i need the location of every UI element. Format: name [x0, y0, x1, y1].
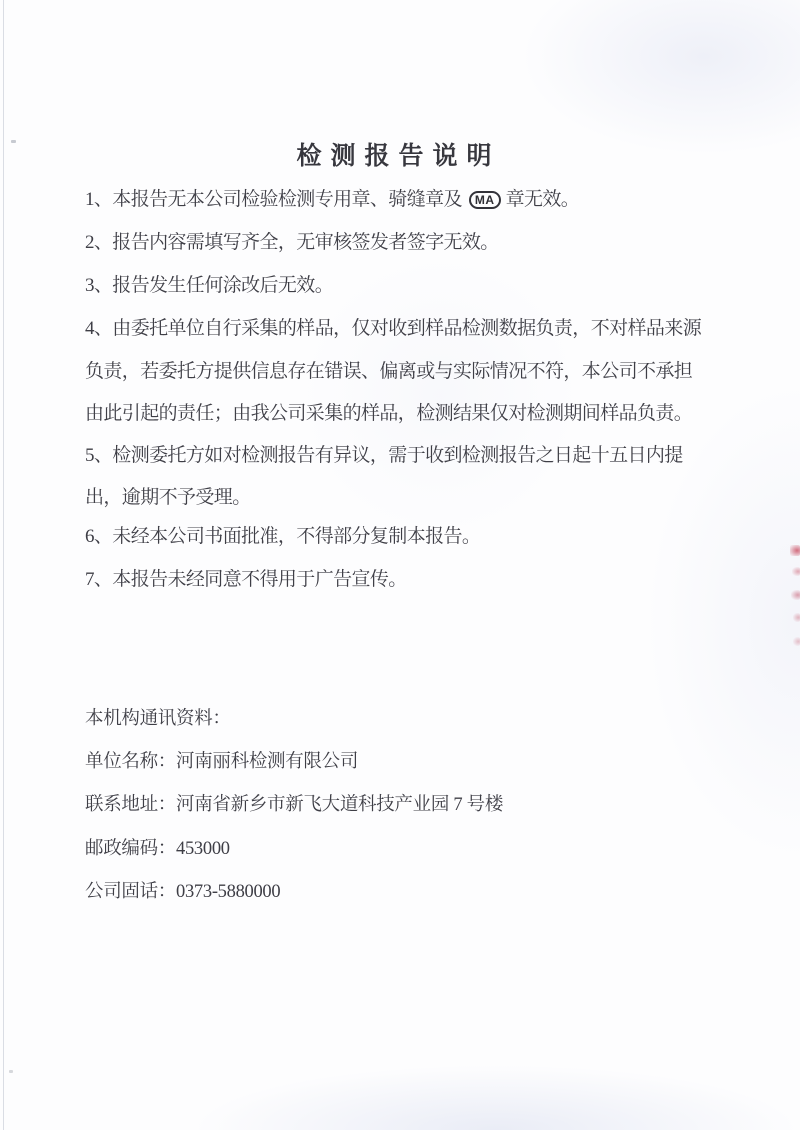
stamp-fragment [793, 637, 800, 646]
page-title: 检测报告说明 [85, 136, 712, 172]
postcode-value: 453000 [176, 839, 230, 859]
note-item-4-line-2: 负责，若委托方提供信息存在错误、偏离或与实际情况不符，本公司不承担 [85, 356, 745, 382]
note-item-5-line-2: 出，逾期不予受理。 [85, 482, 745, 508]
stamp-fragment [793, 613, 800, 622]
contact-row-postcode: 邮政编码：453000 [85, 834, 745, 860]
cma-stamp-icon: MA [469, 191, 501, 209]
contact-row-phone: 公司固话：0373-5880000 [85, 877, 745, 903]
scan-speck [11, 140, 16, 143]
note-item-6: 6、未经本公司书面批准，不得部分复制本报告。 [85, 521, 745, 547]
red-seam-stamp-edge [787, 545, 800, 657]
postcode-label: 邮政编码： [85, 839, 176, 859]
address-value: 河南省新乡市新飞大道科技产业园 7 号楼 [176, 795, 503, 815]
scan-edge-line [3, 0, 4, 1130]
address-label: 联系地址： [85, 795, 176, 815]
contact-heading: 本机构通讯资料： [85, 704, 745, 730]
note-item-4-line-1: 4、由委托单位自行采集的样品，仅对收到样品检测数据负责，不对样品来源 [85, 313, 745, 339]
note-item-5-line-1: 5、检测委托方如对检测报告有异议，需于收到检测报告之日起十五日内提 [85, 440, 745, 466]
note-item-4-line-3: 由此引起的责任；由我公司采集的样品，检测结果仅对检测期间样品负责。 [85, 398, 745, 424]
note-item-1-tail: 章无效。 [506, 189, 580, 210]
stamp-fragment [792, 567, 800, 576]
stamp-fragment [791, 590, 800, 600]
note-item-7: 7、本报告未经同意不得用于广告宣传。 [85, 564, 745, 590]
phone-label: 公司固话： [85, 882, 176, 902]
note-item-2: 2、报告内容需填写齐全，无审核签发者签字无效。 [85, 227, 745, 253]
note-item-1-text: 1、本报告无本公司检验检测专用章、骑缝章及 [85, 189, 462, 210]
note-item-1: 1、本报告无本公司检验检测专用章、骑缝章及MA章无效。 [85, 184, 745, 210]
stamp-fragment [790, 545, 800, 556]
phone-value: 0373-5880000 [176, 882, 280, 902]
contact-row-address: 联系地址：河南省新乡市新飞大道科技产业园 7 号楼 [85, 790, 745, 816]
scan-speck [9, 1070, 13, 1073]
company-name-label: 单位名称： [85, 752, 176, 772]
company-name-value: 河南丽科检测有限公司 [176, 752, 358, 772]
scanned-report-page: 检测报告说明 1、本报告无本公司检验检测专用章、骑缝章及MA章无效。 2、报告内… [0, 0, 800, 1130]
note-item-3: 3、报告发生任何涂改后无效。 [85, 270, 745, 296]
contact-row-company: 单位名称：河南丽科检测有限公司 [85, 747, 745, 773]
